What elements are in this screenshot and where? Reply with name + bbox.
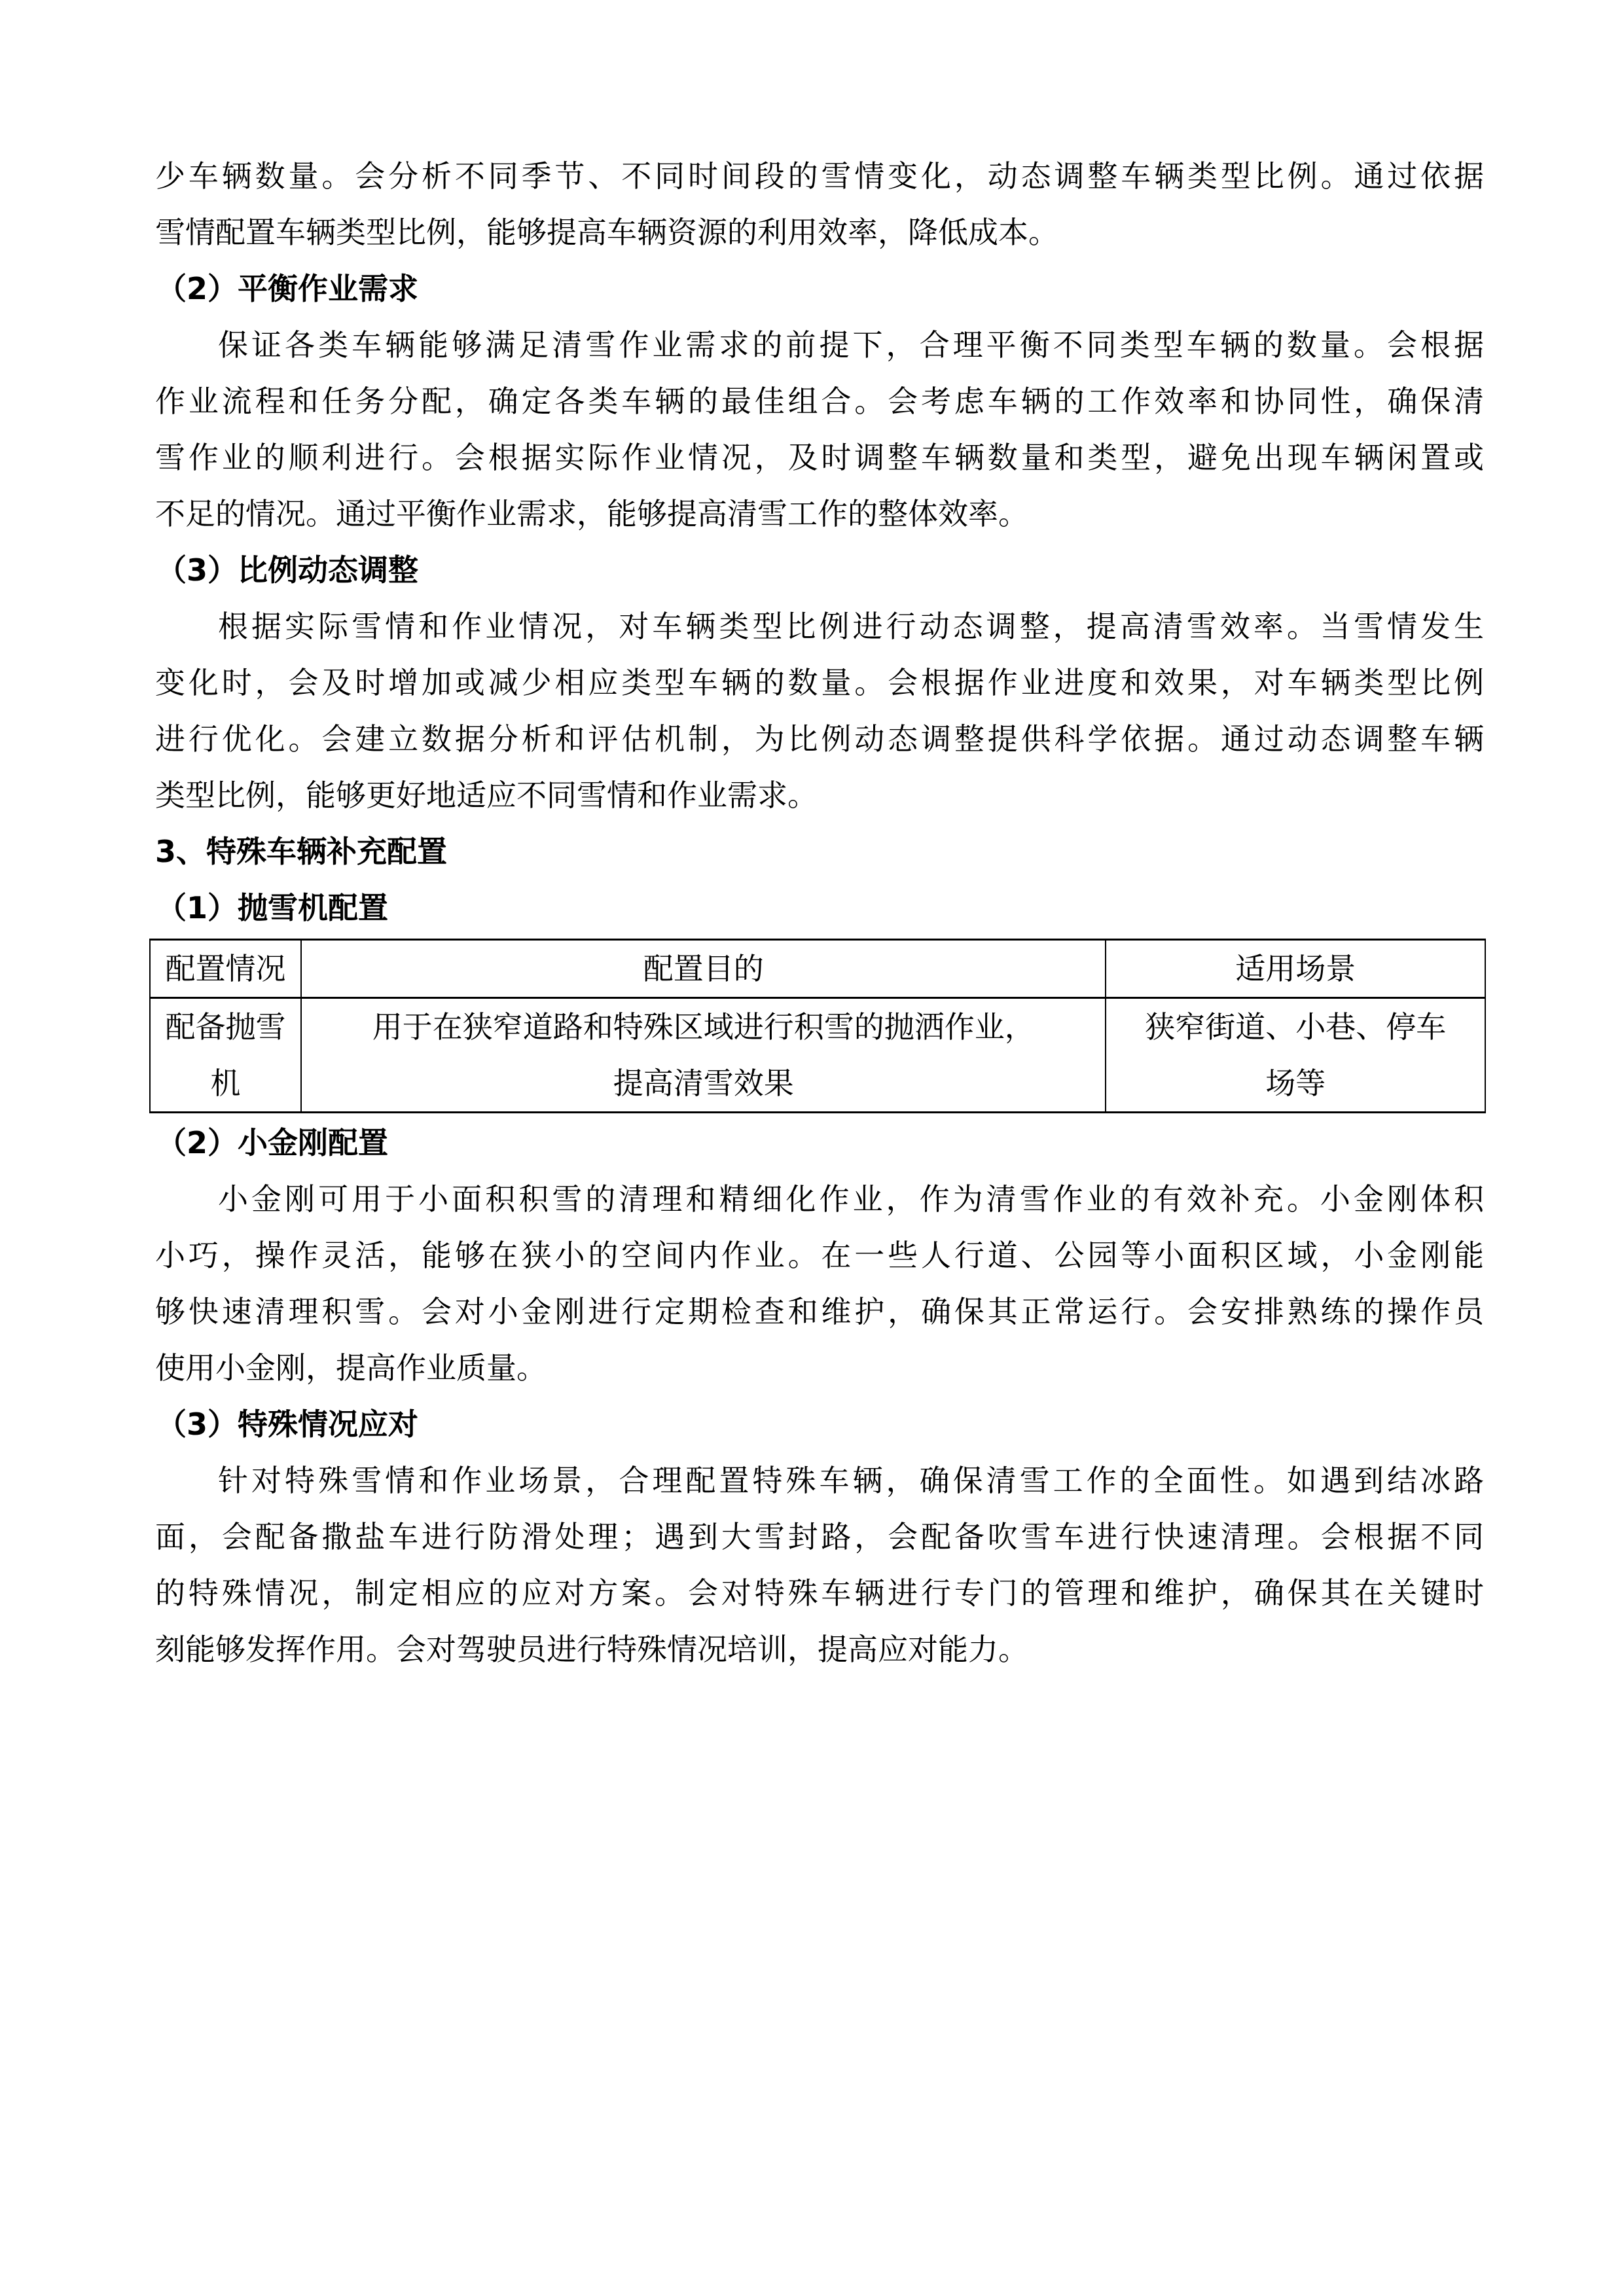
section-heading-special-vehicles: 3、特殊车辆补充配置 bbox=[155, 823, 1484, 880]
section-heading-special-cases: （3）特殊情况应对 bbox=[155, 1396, 1484, 1452]
paragraph-dynamic: 根据实际雪情和作业情况，对车辆类型比例进行动态调整，提高清雪效率。当雪情发生 变… bbox=[155, 598, 1484, 823]
table-header-cell: 配置情况 bbox=[150, 940, 301, 998]
paragraph-special-cases: 针对特殊雪情和作业场景，合理配置特殊车辆，确保清雪工作的全面性。如遇到结冰路 面… bbox=[155, 1452, 1484, 1677]
text-line: 雪情配置车辆类型比例，能够提高车辆资源的利用效率，降低成本。 bbox=[155, 204, 1484, 260]
section-heading-skidsteer: （2）小金刚配置 bbox=[155, 1115, 1484, 1171]
text-line: 根据实际雪情和作业情况，对车辆类型比例进行动态调整，提高清雪效率。当雪情发生 bbox=[155, 598, 1484, 655]
section-heading-snowthrower: （1）抛雪机配置 bbox=[155, 880, 1484, 936]
text-line: 小巧，操作灵活，能够在狭小的空间内作业。在一些人行道、公园等小面积区域，小金刚能 bbox=[155, 1227, 1484, 1283]
cell-line: 用于在狭窄道路和特殊区域进行积雪的抛洒作业， bbox=[308, 999, 1098, 1055]
text-line: 少车辆数量。会分析不同季节、不同时间段的雪情变化，动态调整车辆类型比例。通过依据 bbox=[155, 148, 1484, 204]
table-cell-scenario: 狭窄街道、小巷、停车 场等 bbox=[1106, 998, 1485, 1113]
text-line: 面，会配备撒盐车进行防滑处理；遇到大雪封路，会配备吹雪车进行快速清理。会根据不同 bbox=[155, 1509, 1484, 1565]
cell-line: 提高清雪效果 bbox=[308, 1055, 1098, 1111]
cell-line: 机 bbox=[157, 1055, 294, 1111]
text-line: 不足的情况。通过平衡作业需求，能够提高清雪工作的整体效率。 bbox=[155, 486, 1484, 542]
table-row: 配备抛雪 机 用于在狭窄道路和特殊区域进行积雪的抛洒作业， 提高清雪效果 狭窄街… bbox=[150, 998, 1485, 1113]
text-line: 小金刚可用于小面积积雪的清理和精细化作业，作为清雪作业的有效补充。小金刚体积 bbox=[155, 1171, 1484, 1227]
text-line: 保证各类车辆能够满足清雪作业需求的前提下，合理平衡不同类型车辆的数量。会根据 bbox=[155, 317, 1484, 373]
section-heading-balance: （2）平衡作业需求 bbox=[155, 260, 1484, 317]
intro-paragraph: 少车辆数量。会分析不同季节、不同时间段的雪情变化，动态调整车辆类型比例。通过依据… bbox=[155, 148, 1484, 260]
text-line: 雪作业的顺利进行。会根据实际作业情况，及时调整车辆数量和类型，避免出现车辆闲置或 bbox=[155, 429, 1484, 486]
document-page: 少车辆数量。会分析不同季节、不同时间段的雪情变化，动态调整车辆类型比例。通过依据… bbox=[155, 148, 1484, 1677]
table-header-cell: 配置目的 bbox=[301, 940, 1106, 998]
table-cell-purpose: 用于在狭窄道路和特殊区域进行积雪的抛洒作业， 提高清雪效果 bbox=[301, 998, 1106, 1113]
table-cell-situation: 配备抛雪 机 bbox=[150, 998, 301, 1113]
text-line: 刻能够发挥作用。会对驾驶员进行特殊情况培训，提高应对能力。 bbox=[155, 1621, 1484, 1677]
cell-line: 场等 bbox=[1113, 1055, 1478, 1111]
text-line: 使用小金刚，提高作业质量。 bbox=[155, 1340, 1484, 1396]
text-line: 变化时，会及时增加或减少相应类型车辆的数量。会根据作业进度和效果，对车辆类型比例 bbox=[155, 655, 1484, 711]
text-line: 针对特殊雪情和作业场景，合理配置特殊车辆，确保清雪工作的全面性。如遇到结冰路 bbox=[155, 1452, 1484, 1509]
table-header-row: 配置情况 配置目的 适用场景 bbox=[150, 940, 1485, 998]
paragraph-balance: 保证各类车辆能够满足清雪作业需求的前提下，合理平衡不同类型车辆的数量。会根据 作… bbox=[155, 317, 1484, 542]
paragraph-skidsteer: 小金刚可用于小面积积雪的清理和精细化作业，作为清雪作业的有效补充。小金刚体积 小… bbox=[155, 1171, 1484, 1396]
text-line: 类型比例，能够更好地适应不同雪情和作业需求。 bbox=[155, 767, 1484, 823]
table-header-cell: 适用场景 bbox=[1106, 940, 1485, 998]
cell-line: 狭窄街道、小巷、停车 bbox=[1113, 999, 1478, 1055]
snowthrower-config-table: 配置情况 配置目的 适用场景 配备抛雪 机 用于在狭窄道路和特殊区域进行积雪的抛… bbox=[149, 939, 1486, 1113]
text-line: 的特殊情况，制定相应的应对方案。会对特殊车辆进行专门的管理和维护，确保其在关键时 bbox=[155, 1565, 1484, 1621]
section-heading-dynamic: （3）比例动态调整 bbox=[155, 542, 1484, 598]
text-line: 进行优化。会建立数据分析和评估机制，为比例动态调整提供科学依据。通过动态调整车辆 bbox=[155, 711, 1484, 767]
text-line: 够快速清理积雪。会对小金刚进行定期检查和维护，确保其正常运行。会安排熟练的操作员 bbox=[155, 1283, 1484, 1340]
cell-line: 配备抛雪 bbox=[157, 999, 294, 1055]
text-line: 作业流程和任务分配，确定各类车辆的最佳组合。会考虑车辆的工作效率和协同性，确保清 bbox=[155, 373, 1484, 429]
